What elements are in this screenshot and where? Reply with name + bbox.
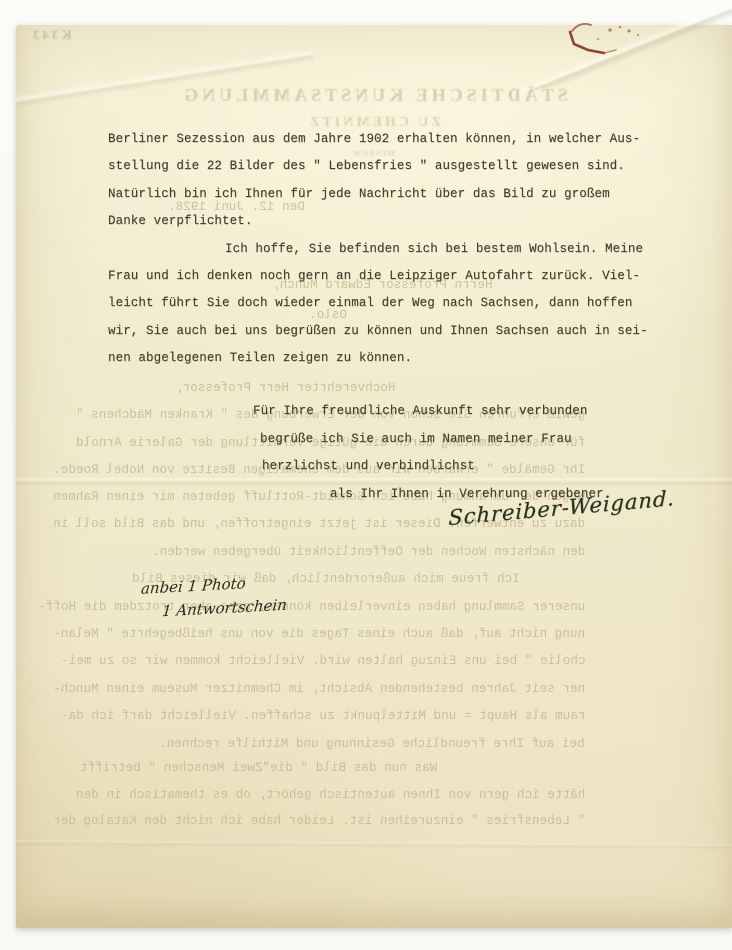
bleed-line: den nächsten Wochen der Oeffentlichkeit … — [152, 545, 585, 559]
typed-line: stellung die 22 Bilder des " Lebensfries… — [108, 159, 625, 173]
letterhead-bleed-line: MUSEUM — [16, 149, 732, 158]
bleed-line: raum als Haupt = und Mittelpunkt zu scha… — [61, 709, 585, 723]
bleed-line: ner seit Jahren bestehenden Absicht, im … — [53, 682, 585, 696]
typed-line: leicht führt Sie doch wieder einmal der … — [108, 296, 632, 310]
letterhead-bleed-line: STÄDTISCHE KUNSTSAMMLUNG — [16, 85, 732, 106]
typed-line: Ich hoffe, Sie befinden sich bei bestem … — [225, 242, 643, 256]
typed-line: nen abgelegenen Teilen zeigen zu können. — [108, 351, 412, 365]
typed-line: begrüße ich Sie auch im Namen meiner Fra… — [260, 432, 572, 446]
bleed-line: unserer Sammlung haben einverleiben könn… — [38, 600, 585, 614]
bleed-date: Den 12. Juni 1928. — [168, 200, 305, 214]
typed-line: Natürlich bin ich Ihnen für jede Nachric… — [108, 187, 610, 201]
typed-line: Berliner Sezession aus dem Jahre 1902 er… — [108, 132, 640, 146]
typed-line: Für Ihre freundliche Auskunft sehr verbu… — [253, 404, 587, 418]
typed-line: wir, Sie auch bei uns begrüßen zu können… — [108, 324, 648, 338]
bleed-line: bei auf Ihre freundliche Gesinnung und M… — [159, 737, 585, 751]
bleed-line: hätte ich gern von Ihnen autentisch gehö… — [76, 788, 585, 802]
archive-stamp: K343 — [30, 27, 72, 43]
typed-line: Danke verpflichtet. — [108, 214, 252, 228]
typed-line: herzlichst und verbindlichst — [262, 459, 475, 473]
bleed-line: " Lebensfries " einzureihen ist. Leider … — [53, 814, 585, 828]
bleed-line: nung nicht auf, daß auch eines Tages die… — [53, 627, 585, 641]
bleed-recipient-line: Oslo. — [309, 308, 347, 322]
bleed-line: cholie " bei uns Einzug halten wird. Vie… — [61, 654, 585, 668]
bleed-line: Was nun das Bild " die"Zwei Menschen " b… — [80, 761, 437, 775]
letterhead-bleed-line: ZU CHEMNITZ — [16, 115, 732, 131]
bleed-salutation: Hochverehrter Herr Professor, — [175, 381, 395, 395]
typed-line: Frau und ich denken noch gern an die Lei… — [108, 269, 640, 283]
rust-stain — [558, 12, 654, 64]
scanned-letter: K343 STÄDTISCHE KUNSTSAMMLUNG ZU CHEMNIT… — [0, 0, 732, 950]
